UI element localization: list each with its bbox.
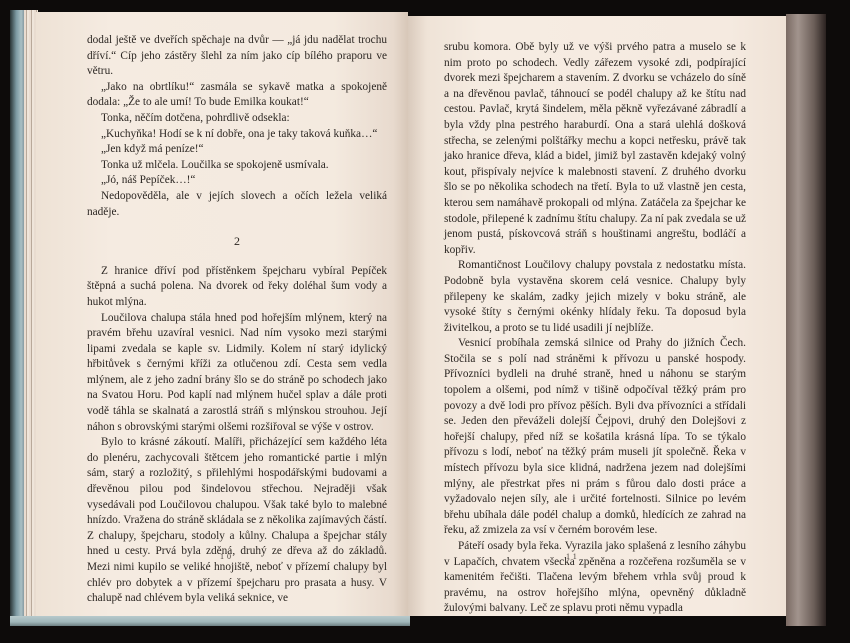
paragraph: Romantičnost Loučilovy chalupy povstala … — [444, 258, 746, 336]
book-cover-bottom-edge — [10, 616, 410, 626]
paragraph: Loučilova chalupa stála hned pod hořejší… — [87, 311, 387, 436]
book-cover-right-edge — [786, 14, 826, 626]
right-page: srubu komora. Obě byly už ve výši prvého… — [408, 16, 786, 616]
left-page-text: dodal ještě ve dveřích spěchaje na dvůr … — [87, 33, 387, 607]
paragraph: „Jó, náš Pepíček…!“ — [87, 173, 387, 189]
paragraph: Páteří osady byla řeka. Vyrazila jako sp… — [444, 539, 746, 617]
paragraph: dodal ještě ve dveřích spěchaje na dvůr … — [87, 33, 387, 80]
left-page: dodal ještě ve dveřích spěchaje na dvůr … — [36, 12, 408, 616]
paragraph: Nedopověděla, ale v jejích slovech a očí… — [87, 189, 387, 220]
paragraph: „Jako na obrtlíku!“ zasmála se sykavě ma… — [87, 80, 387, 111]
paragraph: Tonka, něčím dotčena, pohrdlivě odsekla: — [87, 111, 387, 127]
page-number: 11 — [566, 552, 580, 561]
paragraph: Z hranice dříví pod přístěnkem špejcharu… — [87, 264, 387, 311]
paragraph: Tonka už mlčela. Loučilka se spokojeně u… — [87, 158, 387, 174]
paragraph: Vesnicí probíhala zemská silnice od Prah… — [444, 336, 746, 539]
right-page-text: srubu komora. Obě byly už ve výši prvého… — [444, 40, 746, 617]
page-number: 10 — [220, 552, 234, 561]
chapter-number: 2 — [87, 234, 387, 250]
paragraph: „Kuchyňka! Hodí se k ní dobře, ona je ta… — [87, 127, 387, 143]
paragraph: Bylo to krásné zákoutí. Malíři, přicháze… — [87, 435, 387, 607]
paragraph: „Jen když má peníze!“ — [87, 142, 387, 158]
paragraph: srubu komora. Obě byly už ve výši prvého… — [444, 40, 746, 258]
